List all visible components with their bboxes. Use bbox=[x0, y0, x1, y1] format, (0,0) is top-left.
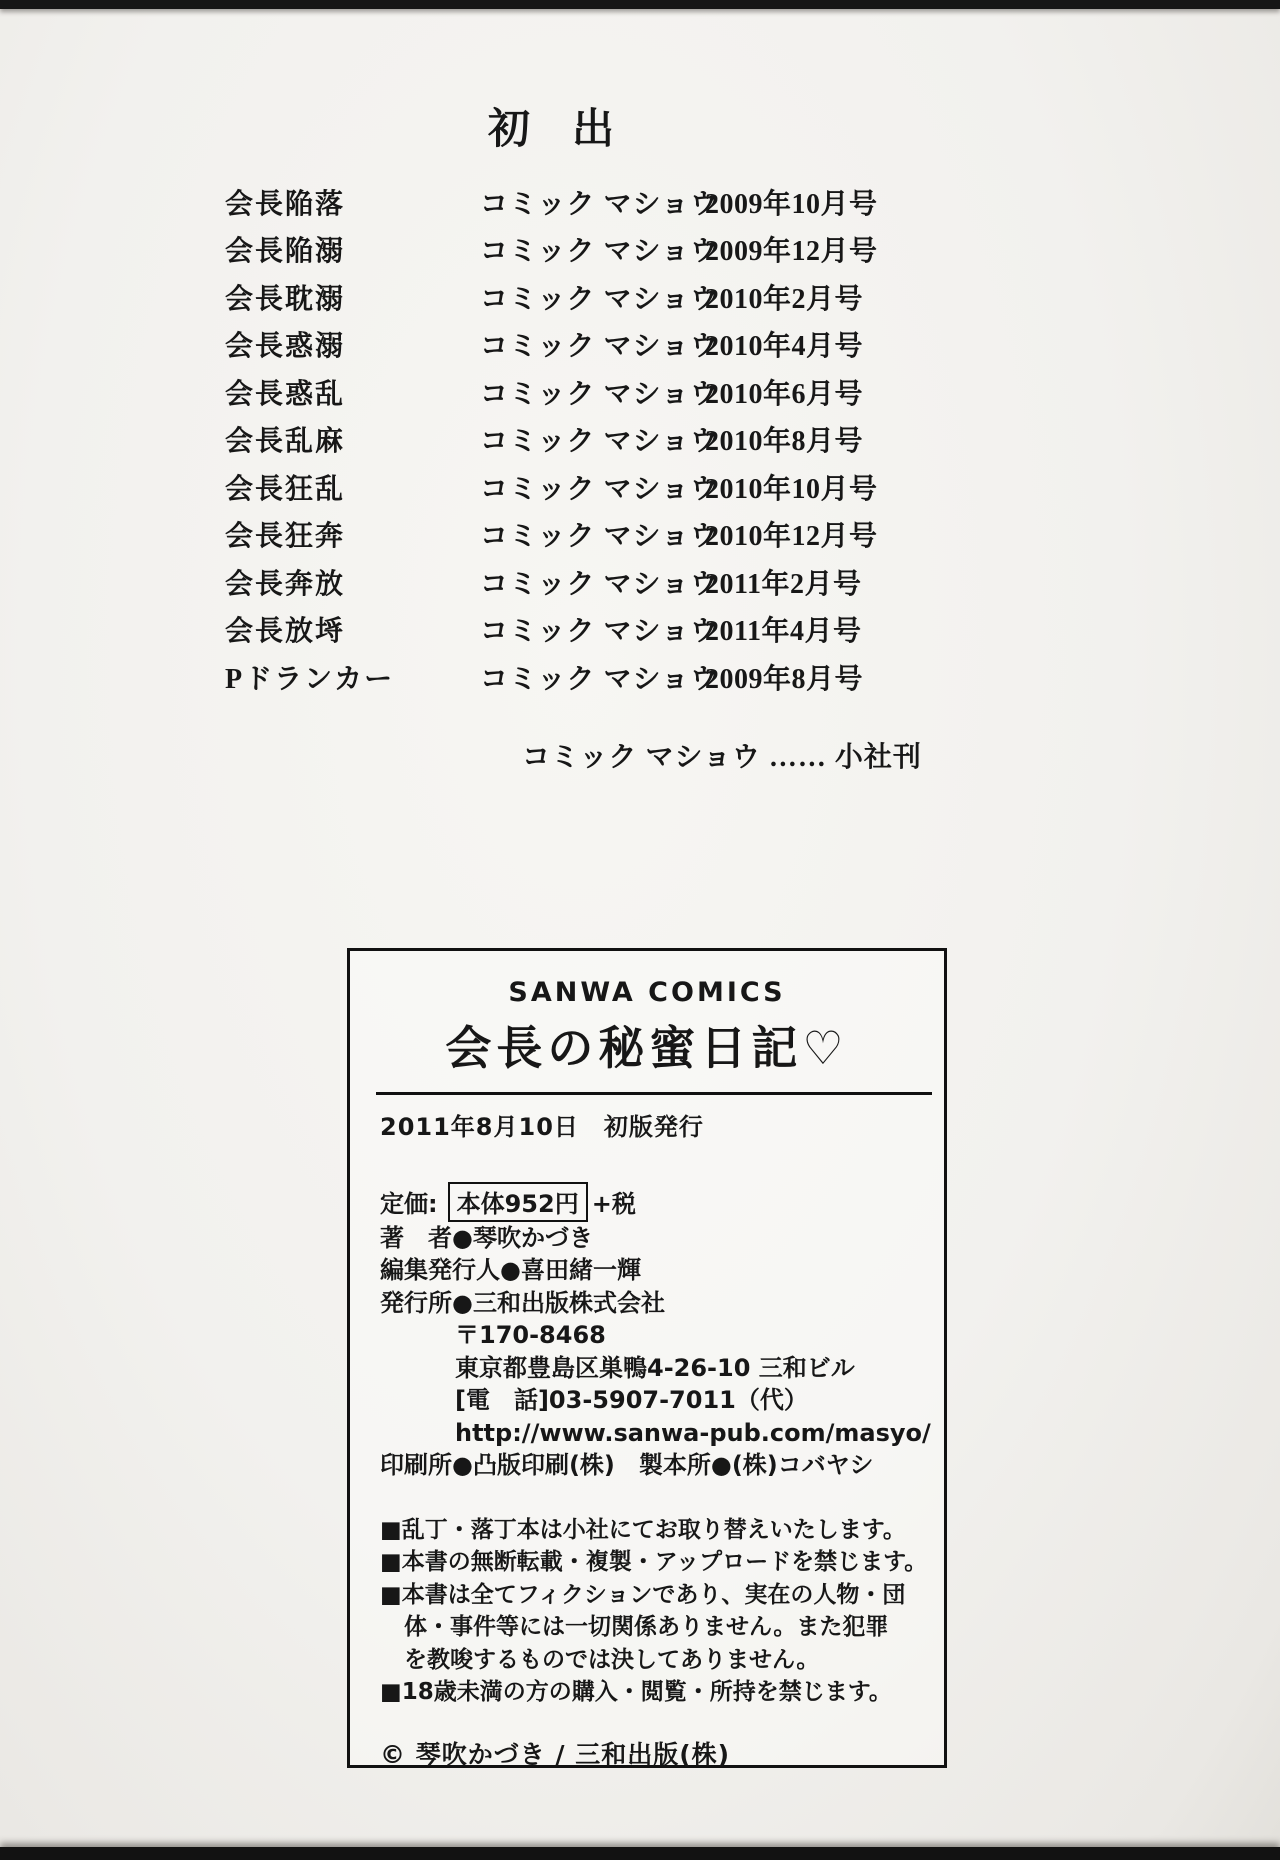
credit-row: 会長惑乱 コミック マショウ 2010年6月号 bbox=[225, 368, 1005, 416]
credit-row: Pドランカー コミック マショウ 2009年8月号 bbox=[225, 653, 1005, 701]
legal-notices: ■乱丁・落丁本は小社にてお取り替えいたします。 ■本書の無断転載・複製・アップロ… bbox=[380, 1514, 944, 1709]
first-publication-list: 会長陥落 コミック マショウ 2009年10月号 会長陥溺 コミック マショウ … bbox=[225, 178, 1005, 701]
chapter-title: 会長陥落 bbox=[225, 182, 480, 222]
magazine-name: コミック マショウ bbox=[480, 514, 705, 554]
price-boxed-value: 本体952円 bbox=[448, 1182, 588, 1222]
price-label: 定価: bbox=[380, 1184, 438, 1219]
magazine-name: コミック マショウ bbox=[480, 324, 705, 364]
issue-date: 2011年4月号 bbox=[705, 609, 1005, 649]
chapter-title: 会長狂乱 bbox=[225, 467, 480, 507]
printer-line: 印刷所●凸版印刷(株) 製本所●(株)コバヤシ bbox=[380, 1449, 944, 1482]
notice-line: 体・事件等には一切関係ありません。また犯罪 bbox=[380, 1611, 944, 1644]
magazine-name: コミック マショウ bbox=[480, 182, 705, 222]
credit-row: 会長狂奔 コミック マショウ 2010年12月号 bbox=[225, 511, 1005, 559]
credit-row: 会長狂乱 コミック マショウ 2010年10月号 bbox=[225, 463, 1005, 511]
page-title: 初出 bbox=[488, 96, 656, 156]
notice-line: を教唆するものでは決してありません。 bbox=[380, 1644, 944, 1677]
chapter-title: 会長奔放 bbox=[225, 562, 480, 602]
imprint-label: SANWA COMICS bbox=[350, 977, 944, 1008]
credit-row: 会長惑溺 コミック マショウ 2010年4月号 bbox=[225, 321, 1005, 369]
magazine-name: コミック マショウ bbox=[480, 562, 705, 602]
copyright-line: © 琴吹かづき / 三和出版(株) bbox=[380, 1735, 944, 1771]
author-line: 著 者●琴吹かづき bbox=[380, 1222, 944, 1255]
chapter-title: 会長惑乱 bbox=[225, 372, 480, 412]
notice-line: ■18歳未満の方の購入・閲覧・所持を禁じます。 bbox=[380, 1676, 944, 1709]
editor-line: 編集発行人●喜田緒一輝 bbox=[380, 1254, 944, 1287]
issue-date: 2009年8月号 bbox=[705, 657, 1005, 697]
edition-line: 2011年8月10日 初版発行 bbox=[380, 1111, 944, 1144]
issue-date: 2009年12月号 bbox=[705, 229, 1005, 269]
issue-date: 2010年8月号 bbox=[705, 419, 1005, 459]
publisher-address: 東京都豊島区巣鴨4-26-10 三和ビル bbox=[455, 1352, 944, 1385]
divider-rule bbox=[376, 1092, 932, 1095]
magazine-name: コミック マショウ bbox=[480, 657, 705, 697]
chapter-title: 会長耽溺 bbox=[225, 277, 480, 317]
credit-row: 会長陥溺 コミック マショウ 2009年12月号 bbox=[225, 226, 1005, 274]
scanned-book-page: 初出 会長陥落 コミック マショウ 2009年10月号 会長陥溺 コミック マシ… bbox=[0, 0, 1280, 1860]
publisher-url: http://www.sanwa-pub.com/masyo/ bbox=[455, 1417, 944, 1450]
publisher-footnote: コミック マショウ …… 小社刊 bbox=[522, 735, 922, 775]
issue-date: 2010年12月号 bbox=[705, 514, 1005, 554]
scan-edge-bottom bbox=[0, 1847, 1280, 1860]
chapter-title: 会長陥溺 bbox=[225, 229, 480, 269]
magazine-name: コミック マショウ bbox=[480, 277, 705, 317]
credit-row: 会長耽溺 コミック マショウ 2010年2月号 bbox=[225, 273, 1005, 321]
notice-line: ■乱丁・落丁本は小社にてお取り替えいたします。 bbox=[380, 1514, 944, 1547]
scan-edge-top bbox=[0, 0, 1280, 9]
issue-date: 2010年6月号 bbox=[705, 372, 1005, 412]
issue-date: 2010年4月号 bbox=[705, 324, 1005, 364]
issue-date: 2010年10月号 bbox=[705, 467, 1005, 507]
publisher-line: 発行所●三和出版株式会社 bbox=[380, 1287, 944, 1320]
issue-date: 2009年10月号 bbox=[705, 182, 1005, 222]
book-title: 会長の秘蜜日記♡ bbox=[350, 1012, 944, 1078]
chapter-title: 会長惑溺 bbox=[225, 324, 480, 364]
magazine-name: コミック マショウ bbox=[480, 229, 705, 269]
credit-row: 会長乱麻 コミック マショウ 2010年8月号 bbox=[225, 416, 1005, 464]
magazine-name: コミック マショウ bbox=[480, 419, 705, 459]
price-line: 定価: 本体952円 +税 bbox=[380, 1182, 944, 1222]
chapter-title: Pドランカー bbox=[225, 657, 480, 697]
chapter-title: 会長放埓 bbox=[225, 609, 480, 649]
price-tax-suffix: +税 bbox=[592, 1184, 636, 1219]
chapter-title: 会長狂奔 bbox=[225, 514, 480, 554]
postal-code: 〒170-8468 bbox=[455, 1319, 944, 1352]
magazine-name: コミック マショウ bbox=[480, 467, 705, 507]
notice-line: ■本書の無断転載・複製・アップロードを禁じます。 bbox=[380, 1546, 944, 1579]
credit-row: 会長陥落 コミック マショウ 2009年10月号 bbox=[225, 178, 1005, 226]
phone-number: [電 話]03-5907-7011（代） bbox=[455, 1384, 944, 1417]
magazine-name: コミック マショウ bbox=[480, 372, 705, 412]
chapter-title: 会長乱麻 bbox=[225, 419, 480, 459]
issue-date: 2010年2月号 bbox=[705, 277, 1005, 317]
credit-row: 会長放埓 コミック マショウ 2011年4月号 bbox=[225, 606, 1005, 654]
colophon-box: SANWA COMICS 会長の秘蜜日記♡ 2011年8月10日 初版発行 定価… bbox=[347, 948, 947, 1768]
notice-line: ■本書は全てフィクションであり、実在の人物・団 bbox=[380, 1579, 944, 1612]
issue-date: 2011年2月号 bbox=[705, 562, 1005, 602]
magazine-name: コミック マショウ bbox=[480, 609, 705, 649]
credit-row: 会長奔放 コミック マショウ 2011年2月号 bbox=[225, 558, 1005, 606]
